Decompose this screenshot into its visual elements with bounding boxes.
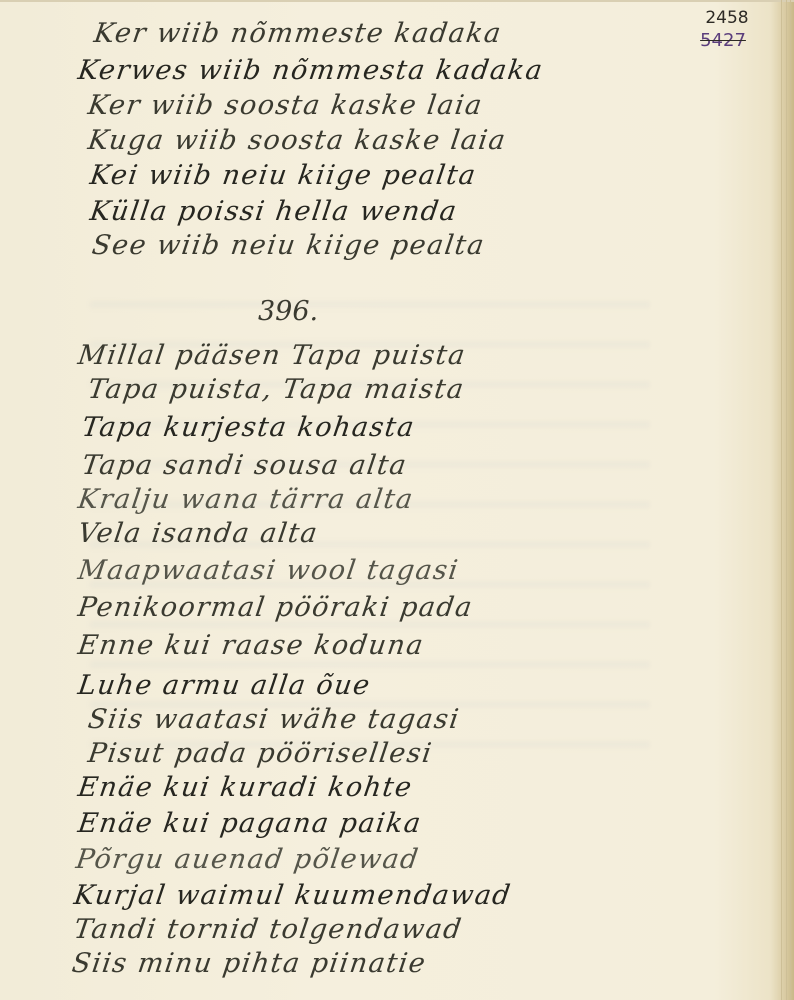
poem-line: Kerwes wiib nõmmesta kadaka	[76, 55, 545, 86]
poem-line: Tandi tornid tolgendawad	[72, 914, 464, 945]
poem-line: Tapa puista, Tapa maista	[86, 374, 467, 405]
poem-line: See wiib neiu kiige pealta	[90, 230, 487, 261]
page-edge-line	[786, 0, 787, 1000]
poem-line: Enne kui raase koduna	[76, 630, 426, 661]
poem-line: Siis minu pihta piinatie	[70, 948, 429, 979]
poem-line: Ker wiib nõmmeste kadaka	[92, 18, 504, 49]
poem-line: Vela isanda alta	[76, 518, 320, 549]
poem-line: Kuga wiib soosta kaske laia	[86, 125, 508, 156]
poem-line: Siis waatasi wähe tagasi	[86, 704, 462, 735]
poem-line: Penikoormal pööraki pada	[76, 592, 475, 623]
poem-line: Põrgu auenad põlewad	[74, 844, 421, 875]
poem-line: Ker wiib soosta kaske laia	[86, 90, 485, 121]
page-edge-line	[781, 0, 782, 1000]
crossed-out-page-number: 5427	[680, 30, 766, 52]
poem-line: Millal pääsen Tapa puista	[76, 340, 468, 371]
page-edge-line	[790, 0, 791, 1000]
poem-line: Tapa sandi sousa alta	[80, 450, 409, 481]
poem-line: Enäe kui kuradi kohte	[76, 772, 415, 803]
poem-number: 396.	[258, 296, 318, 327]
archive-page-number: 2458	[682, 8, 772, 28]
poem-line: Pisut pada pöörisellesi	[86, 738, 435, 769]
poem-line: Kurjal waimul kuumendawad	[72, 880, 513, 911]
poem-line: Tapa kurjesta kohasta	[80, 412, 417, 443]
poem-line: Kei wiib neiu kiige pealta	[88, 160, 479, 191]
manuscript-page: 2458 5427 Ker wiib nõmmeste kadaka Kerwe…	[0, 0, 794, 1000]
poem-line: Luhe armu alla õue	[76, 670, 373, 701]
poem-line: Enäe kui pagana paika	[76, 808, 424, 839]
poem-line: Maapwaatasi wool tagasi	[76, 555, 461, 586]
poem-line: Külla poissi hella wenda	[88, 196, 460, 227]
poem-line: Kralju wana tärra alta	[76, 484, 416, 515]
